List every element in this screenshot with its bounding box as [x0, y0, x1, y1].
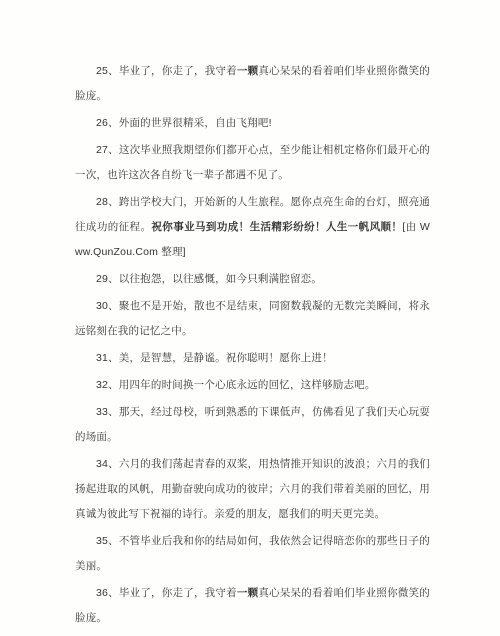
- highlighted-text: 祝你事业马到功成！生活精彩纷纷！人生一帆风顺！: [151, 221, 402, 233]
- highlighted-text: 一颗: [237, 587, 258, 599]
- highlighted-text: 一颗: [237, 65, 258, 77]
- quote-paragraph-31: 31、美，是智慧，是静谧。祝你聪明！愿你上进！: [75, 346, 430, 371]
- quote-text: 32、用四年的时间换一个心底永远的回忆，这样够励志吧。: [96, 379, 376, 391]
- quote-paragraph-30: 30、聚也不是开始，散也不是结束，同窗数载凝的无数完美瞬间，将永远铭刻在我的记忆…: [75, 294, 430, 344]
- quote-text: 33、那天，经过母校，听到熟悉的下课低声，仿佛看见了我们天心玩耍的场面。: [75, 406, 430, 443]
- quote-paragraph-27: 27、这次毕业照我期望你们都开心点，至少能让相机定格你们最开心的一次，也许这次各…: [75, 138, 430, 188]
- quote-paragraph-33: 33、那天，经过母校，听到熟悉的下课低声，仿佛看见了我们天心玩耍的场面。: [75, 400, 430, 450]
- quote-text: 36、毕业了，你走了，我守着: [96, 587, 237, 599]
- quote-text: 25、毕业了，你走了，我守着: [96, 65, 237, 77]
- quote-text: 27、这次毕业照我期望你们都开心点，至少能让相机定格你们最开心的一次，也许这次各…: [75, 144, 430, 181]
- quote-text: 29、以往抱怨，以往感慨，如今只剩满腔留恋。: [96, 273, 322, 285]
- quote-text: 26、外面的世界很精采，自由飞翔吧!: [96, 117, 272, 129]
- quote-paragraph-32: 32、用四年的时间换一个心底永远的回忆，这样够励志吧。: [75, 373, 430, 398]
- quote-paragraph-26: 26、外面的世界很精采，自由飞翔吧!: [75, 111, 430, 136]
- quote-paragraph-34: 34、六月的我们荡起青春的双桨，用热情推开知识的波浪；六月的我们扬起进取的风帆，…: [75, 452, 430, 527]
- quote-paragraph-29: 29、以往抱怨，以往感慨，如今只剩满腔留恋。: [75, 267, 430, 292]
- quote-text: 35、不管毕业后我和你的结局如何，我依然会记得暗恋你的那些日子的美丽。: [75, 535, 430, 572]
- quote-paragraph-28: 28、跨出学校大门，开始新的人生旅程。愿你点亮生命的台灯，照亮通往成功的征程。祝…: [75, 190, 430, 265]
- quote-paragraph-25: 25、毕业了，你走了，我守着一颗真心呆呆的看着咱们毕业照你微笑的脸庞。: [75, 59, 430, 109]
- quote-paragraph-36: 36、毕业了，你走了，我守着一颗真心呆呆的看着咱们毕业照你微笑的脸庞。: [75, 581, 430, 631]
- quote-text: 34、六月的我们荡起青春的双桨，用热情推开知识的波浪；六月的我们扬起进取的风帆，…: [75, 458, 430, 520]
- document-page: 25、毕业了，你走了，我守着一颗真心呆呆的看着咱们毕业照你微笑的脸庞。 26、外…: [0, 0, 500, 636]
- quote-paragraph-35: 35、不管毕业后我和你的结局如何，我依然会记得暗恋你的那些日子的美丽。: [75, 529, 430, 579]
- quote-text: 30、聚也不是开始，散也不是结束，同窗数载凝的无数完美瞬间，将永远铭刻在我的记忆…: [75, 300, 430, 337]
- quote-text: 31、美，是智慧，是静谧。祝你聪明！愿你上进！: [96, 352, 333, 364]
